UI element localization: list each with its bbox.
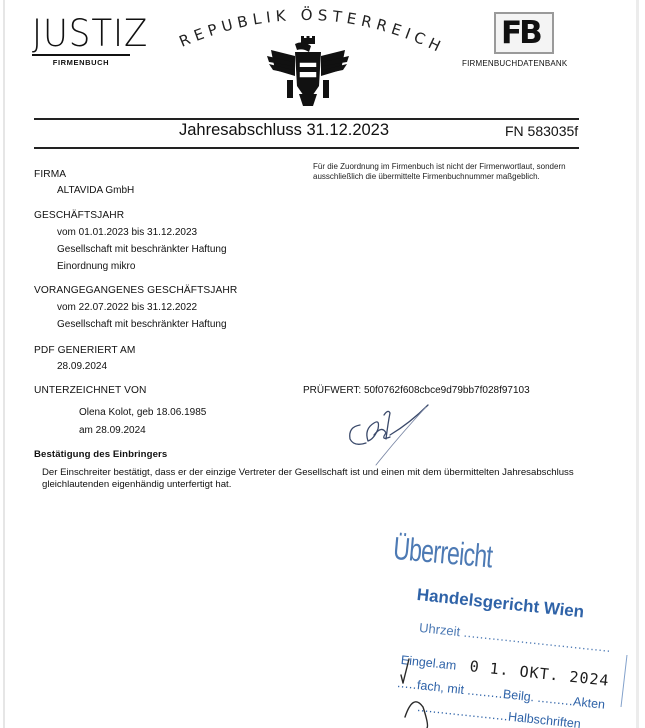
stamp-time-dots: .................................... (463, 625, 612, 655)
justiz-logo-word: JUSTIZ (32, 15, 124, 53)
vorjahr-label: VORANGEGANGENES GESCHÄFTSJAHR (34, 285, 237, 296)
bestaetigung-text: Der Einschreiter bestätigt, dass er der … (42, 467, 602, 490)
pdf-generiert-label: PDF GENERIERT AM (34, 345, 135, 356)
signed-date: am 28.09.2024 (79, 425, 146, 436)
document-title: Jahresabschluss 31.12.2023 (34, 121, 534, 140)
header-rule-bottom (34, 147, 579, 149)
justiz-logo: JUSTIZ FIRMENBUCH (32, 15, 132, 67)
stamp-court-name: Handelsgericht Wien (416, 585, 585, 622)
stamp-time-label: Uhrzeit (418, 620, 461, 639)
bestaetigung-heading: Bestätigung des Einbringers (34, 449, 167, 460)
geschaeftsjahr-legal-form: Gesellschaft mit beschränkter Haftung (57, 244, 227, 255)
page-edge-right (636, 0, 639, 728)
justiz-logo-subtitle: FIRMENBUCH (32, 58, 130, 67)
stamp-ueberreicht: Überreicht (392, 530, 494, 575)
pdf-generiert-date: 28.09.2024 (57, 361, 107, 372)
firma-label: FIRMA (34, 169, 66, 180)
page-edge-left (3, 0, 5, 728)
assignment-note: Für die Zuordnung im Firmenbuch ist nich… (313, 162, 573, 181)
handwritten-signature (330, 395, 440, 470)
unterzeichnet-label: UNTERZEICHNET VON (34, 385, 146, 396)
fb-logo-box: FB (494, 12, 554, 54)
fb-logo-letters: FB (501, 15, 540, 51)
header-rule-top (34, 118, 579, 120)
vorjahr-legal-form: Gesellschaft mit beschränkter Haftung (57, 319, 227, 330)
geschaeftsjahr-label: GESCHÄFTSJAHR (34, 210, 124, 221)
firmenbuchdatenbank-logo: FB FIRMENBUCHDATENBANK (462, 12, 592, 68)
firma-value: ALTAVIDA GmbH (57, 185, 134, 196)
austrian-eagle-icon (267, 36, 349, 106)
fb-logo-subtitle: FIRMENBUCHDATENBANK (462, 59, 592, 68)
republik-arc-text: REPUBLIK ÖSTERREICH (177, 5, 448, 58)
vorjahr-period: vom 22.07.2022 bis 31.12.2022 (57, 302, 197, 313)
geschaeftsjahr-period: vom 01.01.2023 bis 31.12.2023 (57, 227, 197, 238)
firmenbuch-number: FN 583035f (505, 123, 578, 139)
stamp-handwritten-marks (395, 655, 635, 728)
geschaeftsjahr-classification: Einordnung mikro (57, 261, 135, 272)
republik-oesterreich-header: REPUBLIK ÖSTERREICH (170, 0, 450, 110)
signer-name: Olena Kolot, geb 18.06.1985 (79, 407, 206, 418)
stamp-time-line: Uhrzeit ................................… (418, 620, 611, 655)
